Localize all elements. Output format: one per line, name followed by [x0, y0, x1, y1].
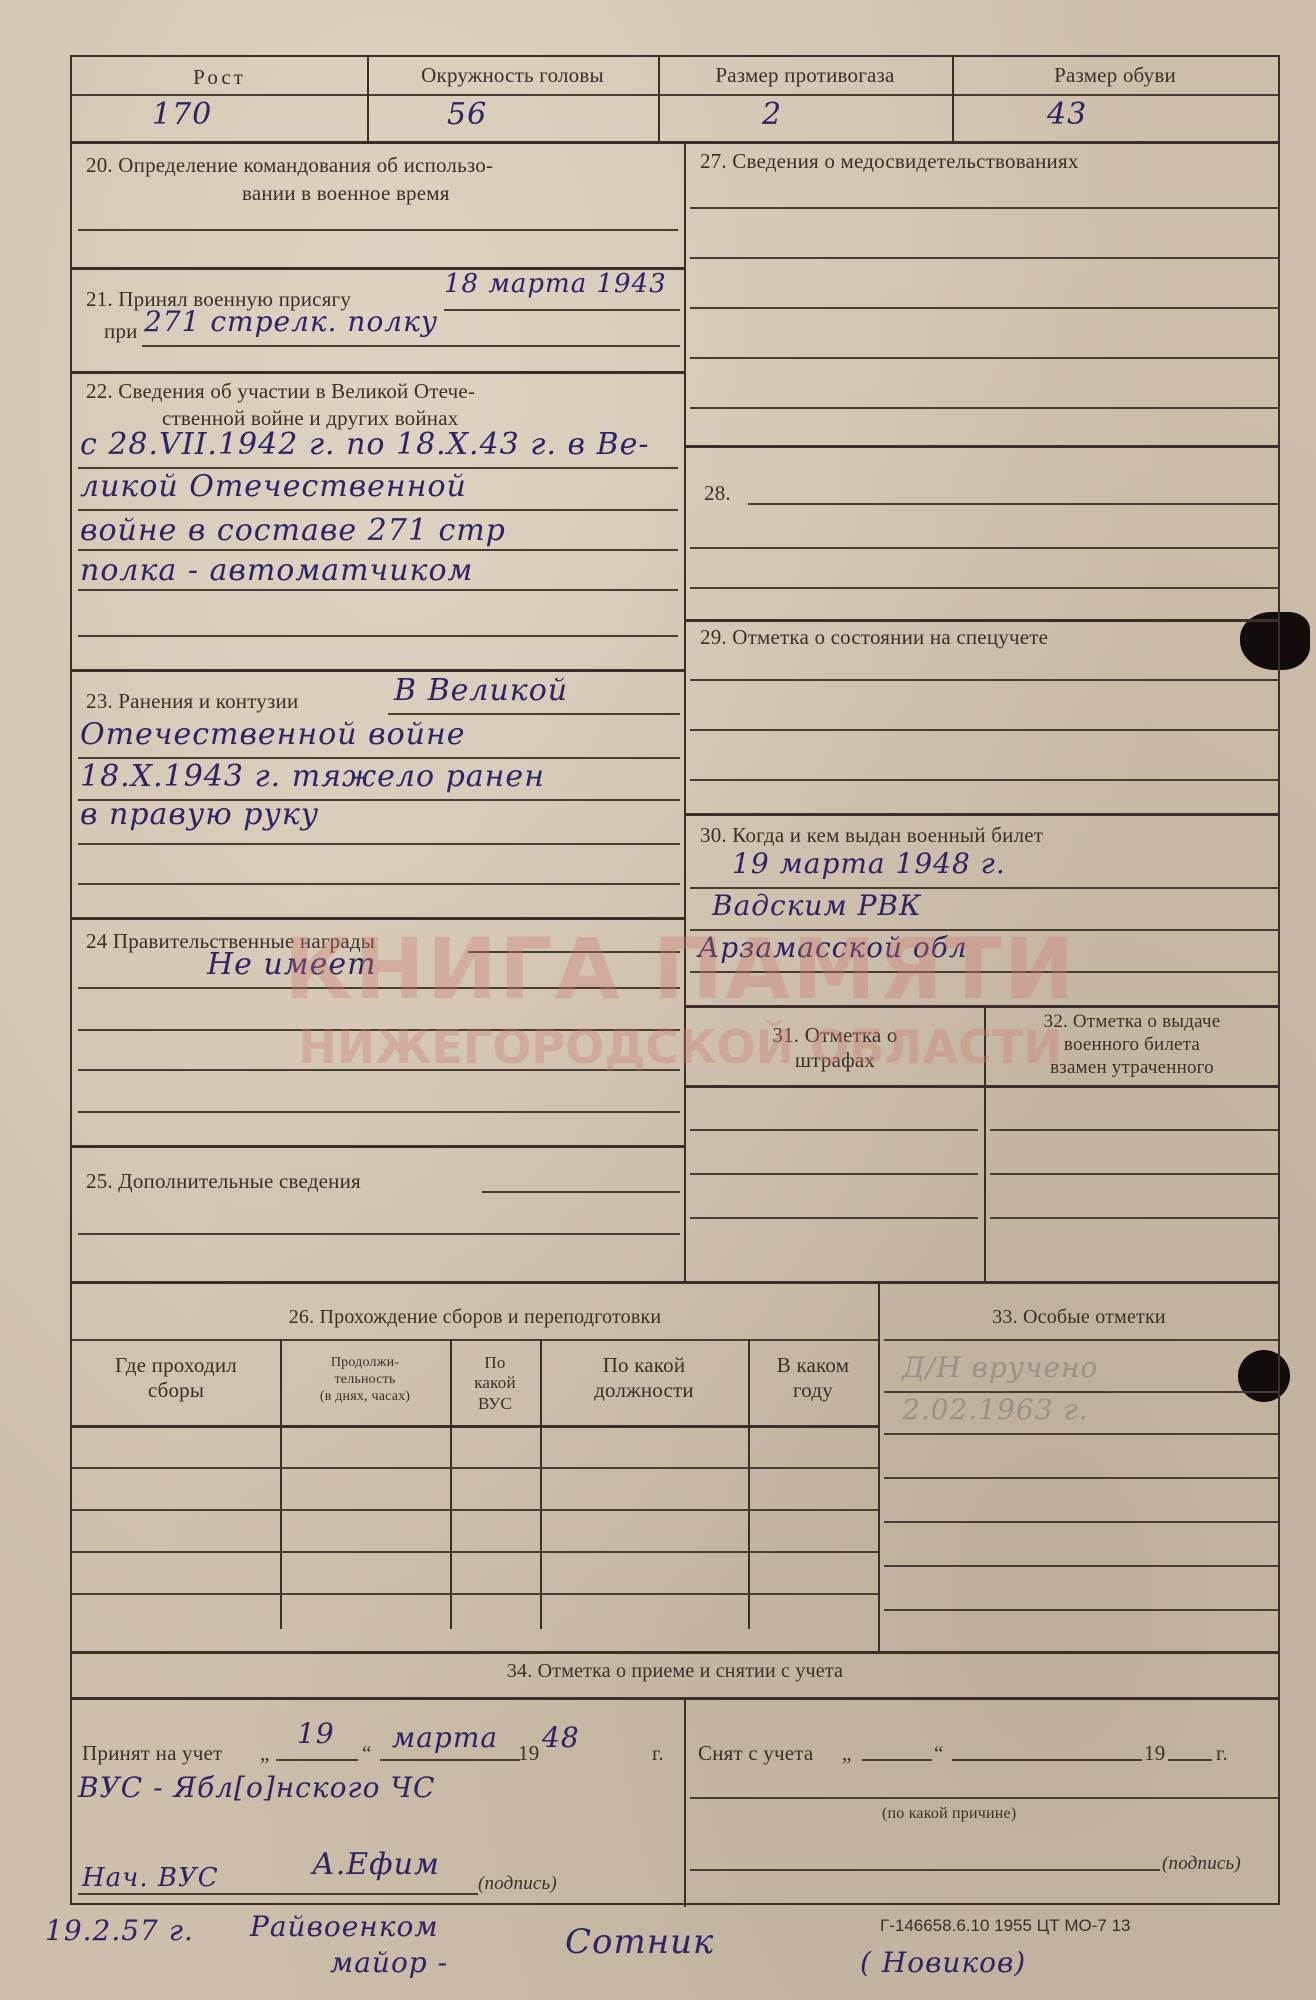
footer-signature: Сотник: [565, 1922, 714, 1962]
header-height-label: Рост: [72, 65, 367, 90]
s29-label: 29. Отметка о состоянии на спецучете: [700, 625, 1048, 650]
s22-line-1: с 28.VII.1942 г. по 18.X.43 г. в Ве-: [80, 427, 649, 462]
s34-removed-reason-label: (по какой причине): [882, 1805, 1016, 1823]
s30-line-1: 19 марта 1948 г.: [732, 847, 1006, 880]
s31-label: 31. Отметка о штрафах: [686, 1023, 984, 1073]
s23-line-1: В Великой: [394, 673, 568, 708]
s34-removed-year-end: г.: [1216, 1741, 1228, 1766]
s26-col-vus-1: По: [450, 1353, 540, 1373]
record-form: Рост Окружность головы Размер противогаз…: [70, 55, 1280, 1905]
s34-accepted-label: Принят на учет: [82, 1741, 222, 1766]
s34-title: 34. Отметка о приеме и снятии с учета: [72, 1659, 1278, 1683]
quote-close: “: [362, 1741, 372, 1766]
footer-print-code: Г-146658.6.10 1955 ЦТ МО-7 13: [880, 1916, 1130, 1936]
s25-label: 25. Дополнительные сведения: [86, 1169, 361, 1194]
s26-col-where-1: Где проходил: [72, 1353, 280, 1378]
s21-oath-date: 18 марта 1943: [444, 269, 667, 299]
quote-close-2: “: [934, 1741, 944, 1766]
s32-label-2: военного билета: [986, 1034, 1278, 1057]
s26-col-vus-3: ВУС: [450, 1394, 540, 1414]
s26-col-duration-3: (в днях, часах): [280, 1389, 450, 1406]
s34-accepted-sign-label: (подпись): [478, 1873, 557, 1895]
s32-label-3: взамен утраченного: [986, 1057, 1278, 1080]
s34-removed-year-prefix: 19: [1144, 1741, 1165, 1766]
s26-col-position-1: По какой: [540, 1353, 748, 1378]
s33-line-2: 2.02.1963 г.: [902, 1393, 1088, 1426]
s28-label: 28.: [704, 481, 731, 506]
s26-col-year: В каком году: [748, 1353, 878, 1403]
s22-line-3: войне в составе 271 стр: [80, 513, 506, 548]
s32-label-1: 32. Отметка о выдаче: [986, 1011, 1278, 1034]
s34-accepted-year-end: г.: [652, 1741, 664, 1766]
s26-col-vus-2: какой: [450, 1373, 540, 1393]
footer-date: 19.2.57 г.: [45, 1914, 194, 1947]
s33-line-1: Д/Н вручено: [902, 1351, 1098, 1384]
s34-accepted-line2: ВУС - Ябл[о]нского ЧС: [78, 1771, 435, 1804]
document-paper: Рост Окружность головы Размер противогаз…: [0, 0, 1316, 2000]
s30-line-2: Вадским РВК: [712, 889, 922, 922]
s31-label-2: штрафах: [686, 1048, 984, 1073]
gasmask-value: 2: [762, 97, 782, 132]
s26-col-where: Где проходил сборы: [72, 1353, 280, 1403]
s22-line-2: ликой Отечественной: [80, 469, 467, 504]
s34-removed-label: Снят с учета: [698, 1741, 813, 1766]
s22-label-1: 22. Сведения об участии в Великой Отече-: [86, 379, 475, 404]
s26-col-duration: Продолжи- тельность (в днях, часах): [280, 1355, 450, 1405]
s21-unit: 271 стрелк. полку: [144, 305, 438, 338]
s30-line-3: Арзамасской обл: [698, 931, 968, 964]
s26-title: 26. Прохождение сборов и переподготовки: [72, 1305, 878, 1329]
s26-col-year-2: году: [748, 1378, 878, 1403]
s21-pri-label: при: [104, 319, 138, 344]
s26-col-duration-1: Продолжи-: [280, 1355, 450, 1372]
s31-label-1: 31. Отметка о: [686, 1023, 984, 1048]
s34-removed-sign-label: (подпись): [1162, 1853, 1241, 1875]
s34-accepted-signature: А.Ефим: [312, 1847, 440, 1882]
s34-accepted-year-suffix: 48: [542, 1721, 580, 1754]
footer-role-2: майор -: [330, 1946, 448, 1979]
s34-accepted-month: марта: [392, 1721, 498, 1754]
s26-col-position-2: должности: [540, 1378, 748, 1403]
s34-accepted-day: 19: [297, 1717, 335, 1750]
s34-accepted-signer: Нач. ВУС: [82, 1863, 219, 1893]
s20-label-1: 20. Определение командования об использо…: [86, 153, 493, 178]
s22-line-4: полка - автоматчиком: [80, 553, 473, 588]
header-gasmask-label: Размер противогаза: [658, 63, 952, 88]
s32-label: 32. Отметка о выдаче военного билета вза…: [986, 1011, 1278, 1079]
s23-label: 23. Ранения и контузии: [86, 689, 298, 714]
s30-label: 30. Когда и кем выдан военный билет: [700, 823, 1043, 848]
s23-line-4: в правую руку: [80, 797, 319, 832]
shoe-value: 43: [1047, 97, 1087, 132]
footer-role-1: Райвоенком: [250, 1910, 439, 1943]
header-shoe-label: Размер обуви: [952, 63, 1278, 88]
s26-col-vus: По какой ВУС: [450, 1353, 540, 1414]
s26-col-position: По какой должности: [540, 1353, 748, 1403]
s34-accepted-year-prefix: 19: [518, 1741, 539, 1766]
s27-label: 27. Сведения о медосвидетельствованиях: [700, 149, 1079, 174]
footer-name: ( Новиков): [860, 1946, 1026, 1979]
s26-col-duration-2: тельность: [280, 1372, 450, 1389]
quote-open-2: „: [842, 1741, 852, 1766]
s26-col-year-1: В каком: [748, 1353, 878, 1378]
s23-line-3: 18.X.1943 г. тяжело ранен: [80, 759, 545, 794]
s24-awards-value: Не имеет: [207, 947, 377, 982]
s23-line-2: Отечественной войне: [80, 717, 465, 752]
height-value: 170: [152, 97, 212, 132]
quote-open: „: [260, 1741, 270, 1766]
s20-label-2: вании в военное время: [242, 181, 450, 206]
s33-title: 33. Особые отметки: [880, 1305, 1278, 1329]
head-circ-value: 56: [447, 97, 487, 132]
s26-col-where-2: сборы: [72, 1378, 280, 1403]
header-head-circ-label: Окружность головы: [367, 63, 658, 88]
